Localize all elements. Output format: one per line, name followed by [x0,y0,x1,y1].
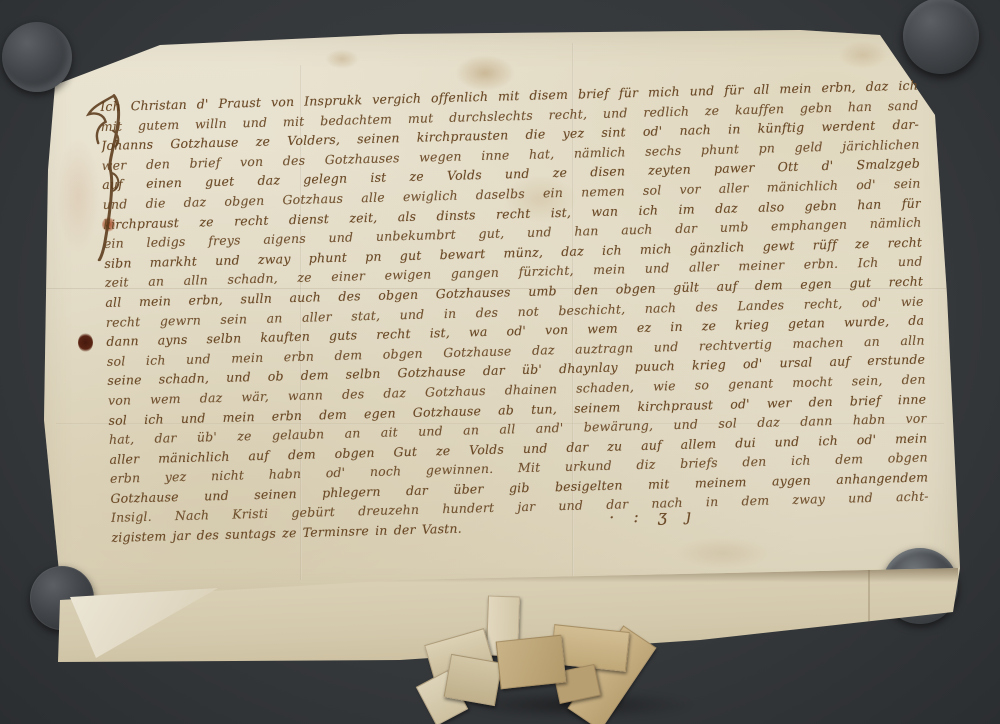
charter-photograph: Ich Christan d' Praust von Insprukk verg… [0,0,1000,724]
charter-text-block: Ich Christan d' Praust von Insprukk verg… [100,76,930,548]
paperweight-top-left [2,22,72,92]
paperweight-top-right [903,0,979,74]
seal-strip [444,654,503,706]
seal-strip-knot [496,635,567,690]
parchment-stain [675,537,771,569]
dark-ink-blot [78,333,93,352]
notarial-flourish: · : ʒ ȷ [609,506,697,528]
parchment-stain [325,49,359,69]
parchment-stain [838,41,888,69]
plica-crease [868,568,870,624]
